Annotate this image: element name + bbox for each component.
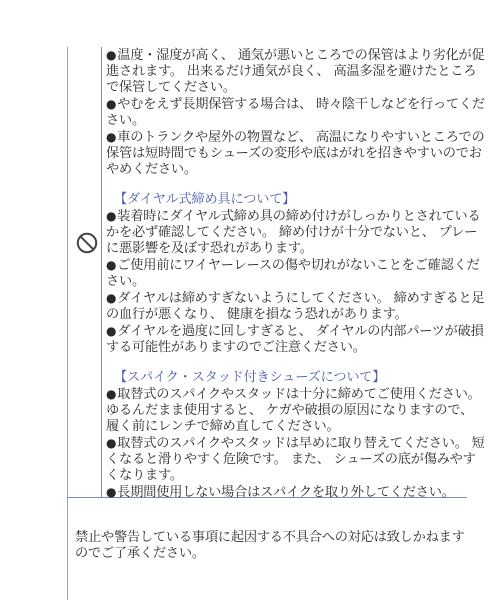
spike-item-3: 長期間使用しない場合はスパイクを取り外してください。 bbox=[106, 484, 486, 501]
prohibition-icon bbox=[76, 232, 98, 254]
dial-section-heading: 【ダイヤル式締め具について】 bbox=[114, 192, 486, 208]
storage-warning-3: 車のトランクや屋外の物置など、 高温になりやすいところでの保管は短時間でもシュー… bbox=[106, 129, 486, 178]
storage-warning-1: 温度・湿度が高く、 通気が悪いところでの保管はより劣化が促進されます。 出来るだ… bbox=[106, 47, 486, 96]
icon-column-border bbox=[101, 47, 102, 497]
dial-item-2: ご使用前にワイヤーレースの傷や切れがないことをご確認ください。 bbox=[106, 257, 486, 290]
warning-content: 温度・湿度が高く、 通気が悪いところでの保管はより劣化が促進されます。 出来るだ… bbox=[106, 47, 486, 501]
spike-section-heading: 【スパイク・スタッド付きシューズについて】 bbox=[114, 370, 486, 386]
dial-item-3: ダイヤルは締めすぎないようにしてください。 締めすぎると足の血行が悪くなり、 健… bbox=[106, 290, 486, 323]
dial-item-4: ダイヤルを過度に回しすぎると、 ダイヤルの内部パーツが破損する可能性がありますの… bbox=[106, 323, 486, 356]
storage-warning-2: やむをえず長期保管する場合は、 時々陰干しなどを行ってください。 bbox=[106, 96, 486, 129]
disclaimer-footer: 禁止や警告している事項に起因する不具合への対応は致しかねますのでご了承ください。 bbox=[75, 530, 475, 562]
dial-item-1: 装着時にダイヤル式締め具の締め付けがしっかりとされているかを必ず確認してください… bbox=[106, 208, 486, 257]
spike-item-1: 取替式のスパイクやスタッドは十分に締めてご使用ください。 ゆるんだまま使用すると… bbox=[106, 386, 486, 435]
spike-item-2: 取替式のスパイクやスタッドは早めに取り替えてください。 短くなると滑りやすく危険… bbox=[106, 435, 486, 484]
icon-column bbox=[68, 47, 101, 497]
